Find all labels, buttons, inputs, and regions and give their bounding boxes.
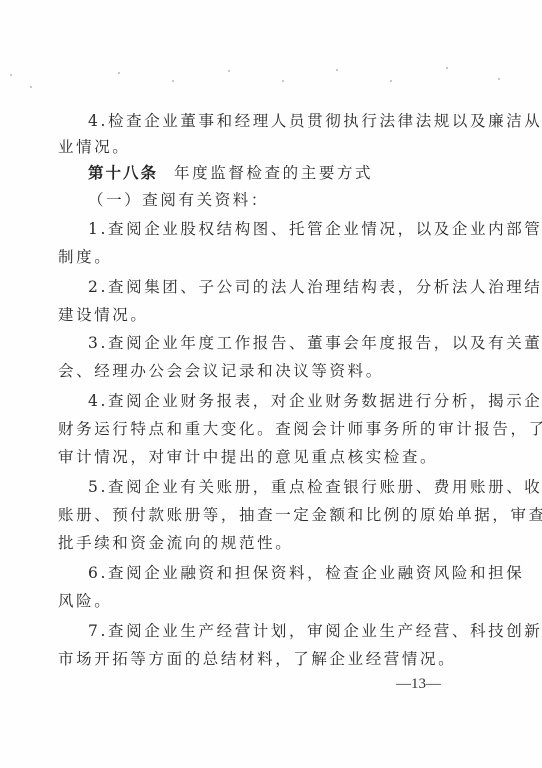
text-line: 5.查阅企业有关账册，重点检查银行账册、费用账册、收入 [88,473,490,501]
scan-speck [336,69,338,71]
text-line: 7.查阅企业生产经营计划，审阅企业生产经营、科技创新、 [88,617,490,645]
text-line: 风险。 [58,587,490,615]
scan-speck [282,80,284,82]
text-line: 市场开拓等方面的总结材料，了解企业经营情况。 [58,645,490,673]
text-line: 1.查阅企业股权结构图、托管企业情况，以及企业内部管理 [88,215,490,243]
text-line: 审计情况，对审计中提出的意见重点核实检查。 [58,443,490,471]
scan-speck [390,80,392,82]
text-line: 6.查阅企业融资和担保资料，检查企业融资风险和担保 [88,559,490,587]
document-page: 4.检查企业董事和经理人员贯彻执行法律法规以及廉洁从 业情况。 第十八条年度监督… [0,0,542,768]
scan-speck [498,78,500,80]
text-line: 批手续和资金流向的规范性。 [58,529,490,557]
article-heading: 第十八条年度监督检查的主要方式 [88,159,490,187]
scan-speck [30,86,32,88]
text-line: 建设情况。 [58,301,490,329]
section-heading: （一）查阅有关资料： [88,186,490,214]
text-line: 3.查阅企业年度工作报告、董事会年度报告，以及有关董事 [88,329,490,357]
article-title: 年度监督检查的主要方式 [174,164,373,182]
text-line: 业情况。 [58,133,490,161]
text-line: 2.查阅集团、子公司的法人治理结构表，分析法人治理结构 [88,273,490,301]
text-line: 制度。 [58,243,490,271]
page-number: —13— [396,676,441,693]
scan-speck [228,70,230,72]
scan-speck [10,74,12,76]
text-line: 会、经理办公会会议记录和决议等资料。 [58,357,490,385]
text-line: 4.查阅企业财务报表，对企业财务数据进行分析，揭示企业 [88,387,490,415]
text-line: 4.检查企业董事和经理人员贯彻执行法律法规以及廉洁从 [88,107,490,135]
scan-speck [446,67,448,69]
article-number: 第十八条 [88,164,158,182]
text-line: 账册、预付款账册等，抽查一定金额和比例的原始单据，审查签 [58,501,490,529]
text-line: 财务运行特点和重大变化。查阅会计师事务所的审计报告，了解 [58,415,490,443]
scan-speck [118,72,120,74]
scan-speck [172,80,174,82]
